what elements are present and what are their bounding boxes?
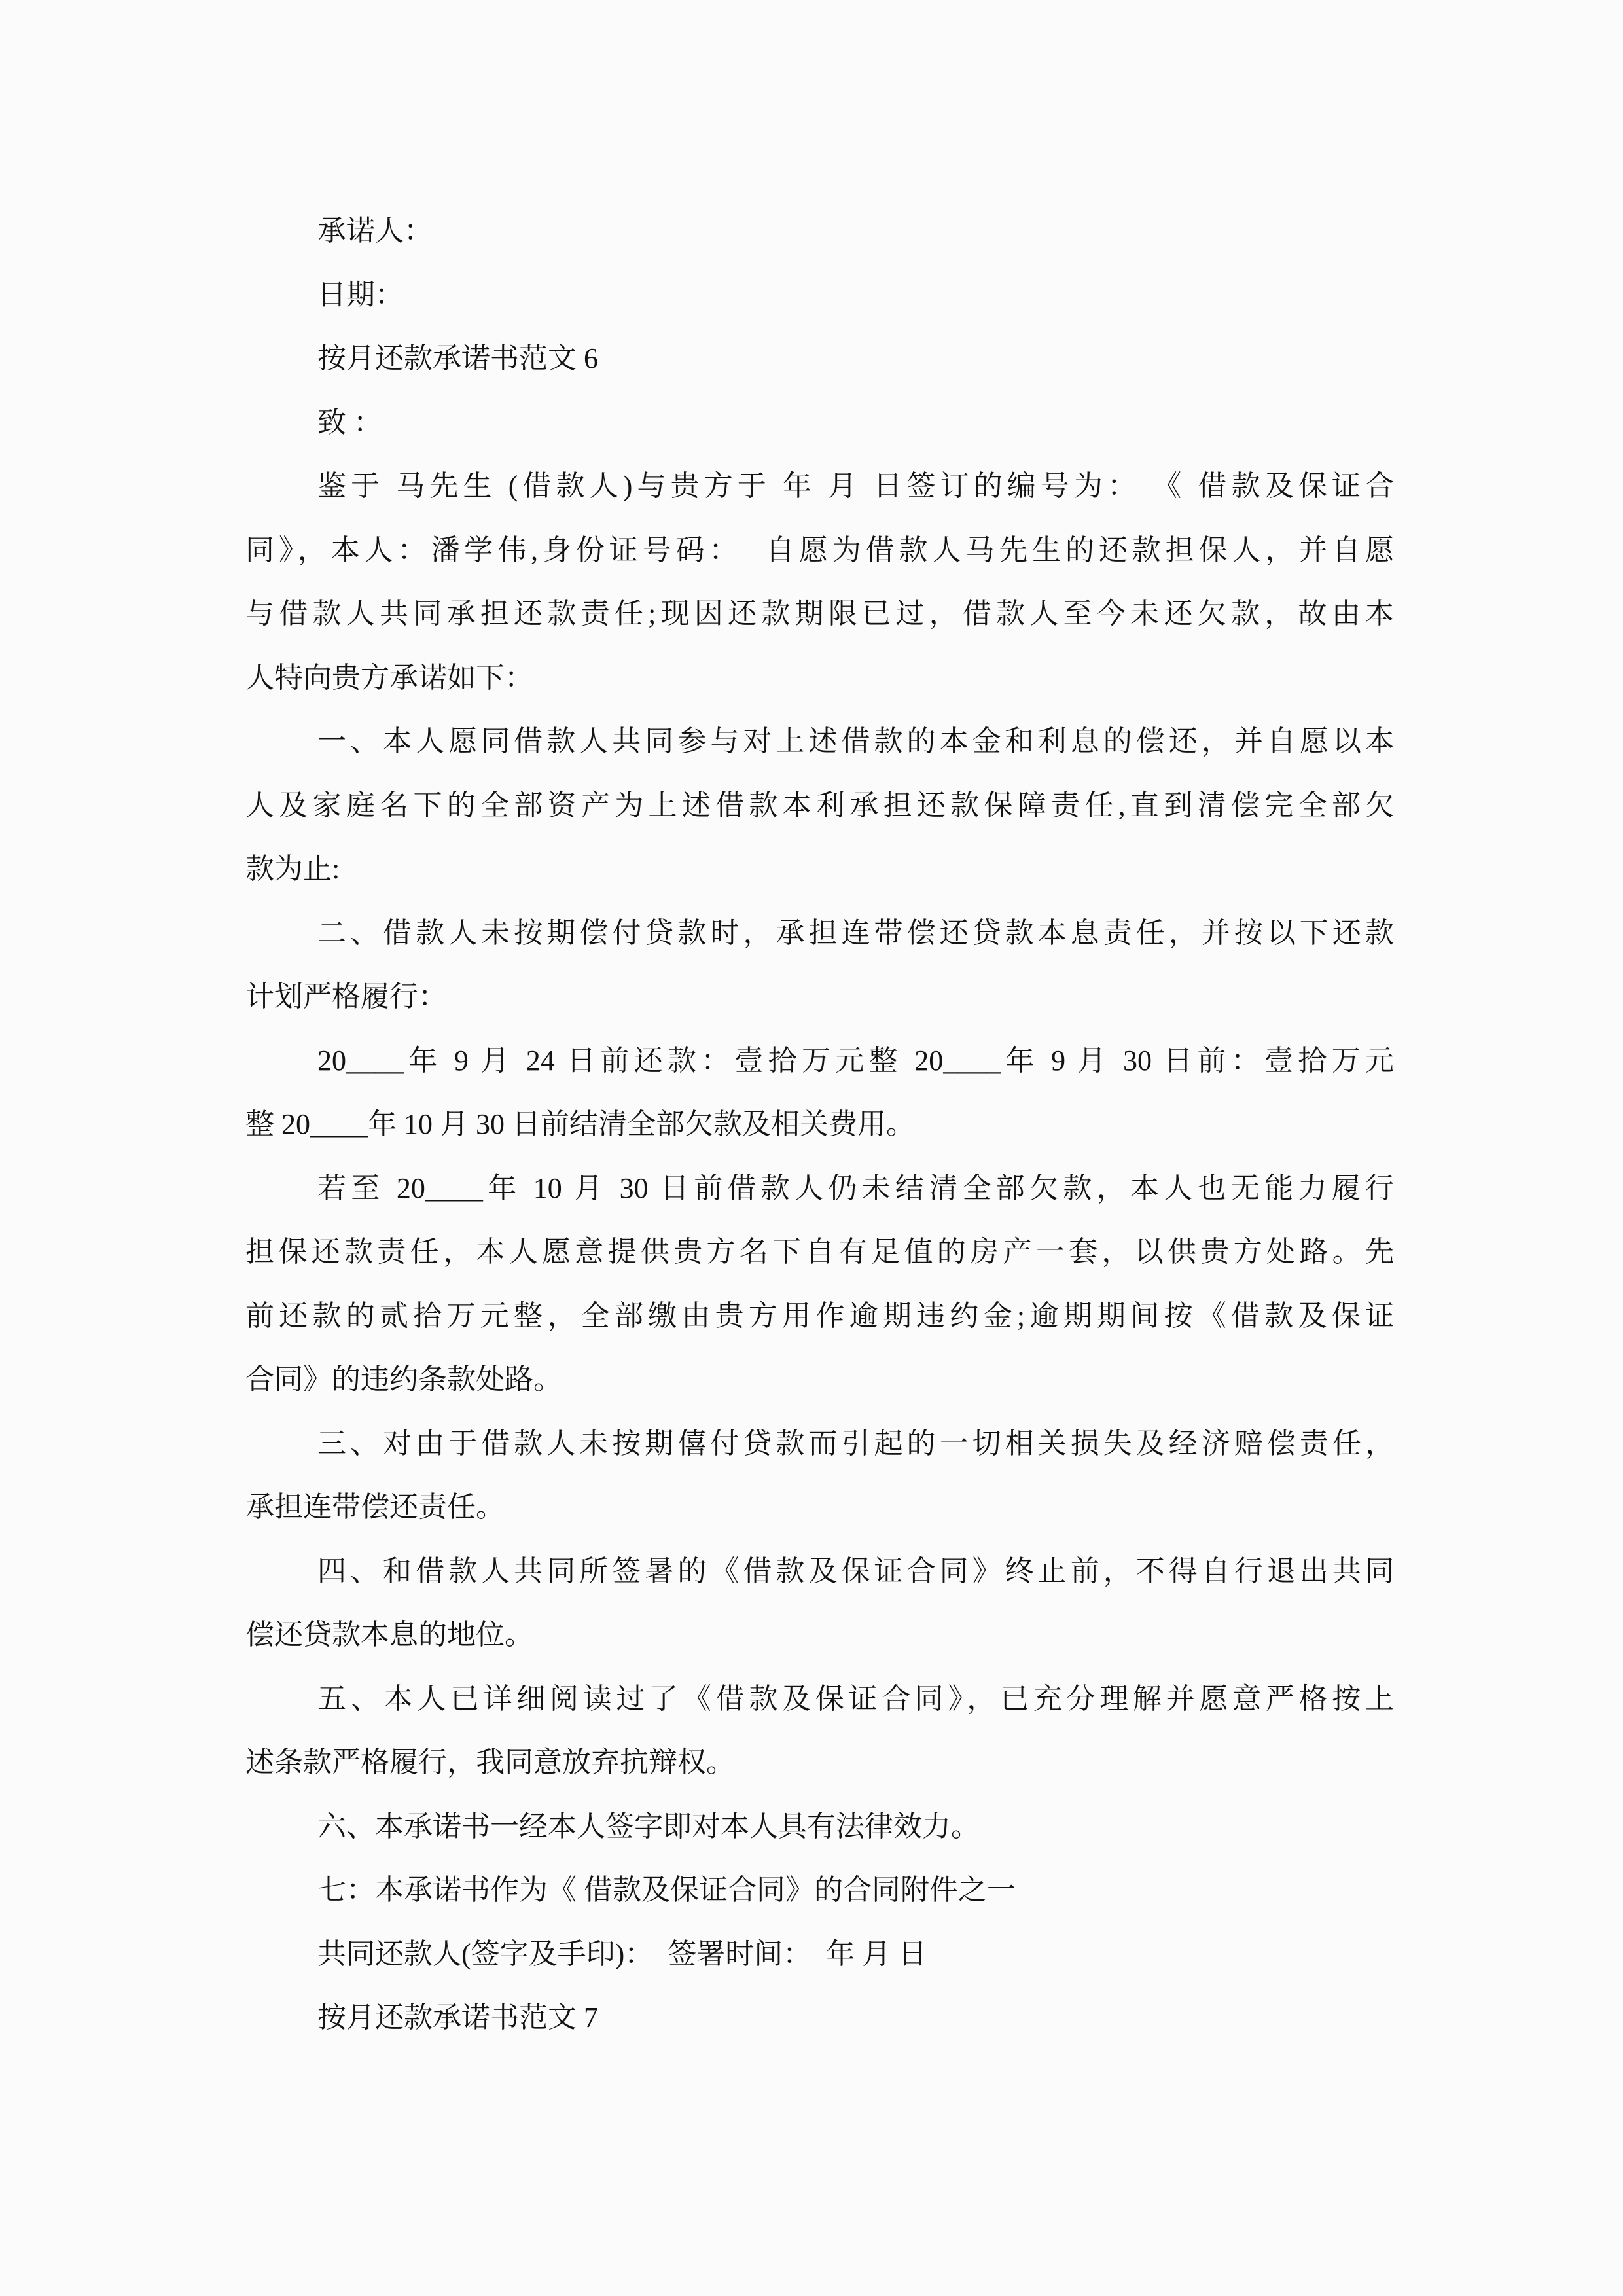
doc-line: 前还款的贰拾万元整，全部缴由贵方用作逾期违约金;逾期期间按《借款及保证 xyxy=(245,1284,1394,1348)
doc-line: 款为止: xyxy=(245,837,1394,901)
doc-line: 计划严格履行： xyxy=(245,965,1394,1029)
doc-line-item-4: 四、和借款人共同所签暑的《借款及保证合同》终止前，不得自行退出共同 xyxy=(245,1539,1394,1604)
doc-line-item-6: 六、本承诺书一经本人签字即对本人具有法律效力。 xyxy=(245,1795,1394,1859)
doc-line-item-2: 二、借款人未按期偿付贷款时，承担连带偿还贷款本息责任，并按以下还款 xyxy=(245,901,1394,965)
doc-line: 担保还款责任，本人愿意提供贵方名下自有足值的房产一套，以供贵方处路。先 xyxy=(245,1220,1394,1284)
doc-line-item-1: 一、本人愿同借款人共同参与对上述借款的本金和利息的偿还，并自愿以本 xyxy=(245,709,1394,774)
doc-line: 述条款严格履行，我同意放弃抗辩权。 xyxy=(245,1731,1394,1795)
doc-line-sample6-title: 按月还款承诺书范文 6 xyxy=(245,327,1394,391)
doc-line: 承担连带偿还责任。 xyxy=(245,1475,1394,1539)
doc-line-item-3: 三、对由于借款人未按期僖付贷款而引起的一切相关损失及经济赔偿责任， xyxy=(245,1412,1394,1476)
document-page: 承诺人： 日期： 按月还款承诺书范文 6 致 ： 鉴于 马先生 (借款人)与贵方… xyxy=(0,0,1623,2296)
doc-line-sample7-title: 按月还款承诺书范文 7 xyxy=(245,1986,1394,2050)
doc-line-repayment-plan: 20____年 9 月 24 日前还款：壹拾万元整 20____年 9 月 30… xyxy=(245,1029,1394,1093)
doc-line-date-label: 日期： xyxy=(245,263,1394,327)
doc-line: 若至 20____年 10 月 30 日前借款人仍未结清全部欠款，本人也无能力履… xyxy=(245,1157,1394,1221)
doc-line: 合同》的违约条款处路。 xyxy=(245,1348,1394,1412)
doc-line-item-7: 七：本承诺书作为《 借款及保证合同》的合同附件之一 xyxy=(245,1858,1394,1922)
doc-line: 同》，本人：潘学伟,身份证号码： 自愿为借款人马先生的还款担保人，并自愿 xyxy=(245,518,1394,583)
doc-line-item-5: 五、本人已详细阅读过了《借款及保证合同》，已充分理解并愿意严格按上 xyxy=(245,1667,1394,1731)
doc-line: 人及家庭名下的全部资产为上述借款本利承担还款保障责任,直到清偿完全部欠 xyxy=(245,774,1394,838)
doc-line-addressee: 致 ： xyxy=(245,391,1394,455)
doc-line: 鉴于 马先生 (借款人)与贵方于 年 月 日签订的编号为： 《 借款及保证合 xyxy=(245,454,1394,518)
doc-line-promisor-label: 承诺人： xyxy=(245,199,1394,263)
document-body: 承诺人： 日期： 按月还款承诺书范文 6 致 ： 鉴于 马先生 (借款人)与贵方… xyxy=(245,199,1394,2050)
doc-line: 偿还贷款本息的地位。 xyxy=(245,1603,1394,1667)
doc-line: 人特向贵方承诺如下： xyxy=(245,646,1394,710)
doc-line: 整 20____年 10 月 30 日前结清全部欠款及相关费用。 xyxy=(245,1092,1394,1157)
doc-line-signature: 共同还款人(签字及手印)： 签署时间： 年 月 日 xyxy=(245,1922,1394,1986)
doc-line: 与借款人共同承担还款责任;现因还款期限已过，借款人至今未还欠款，故由本 xyxy=(245,582,1394,646)
